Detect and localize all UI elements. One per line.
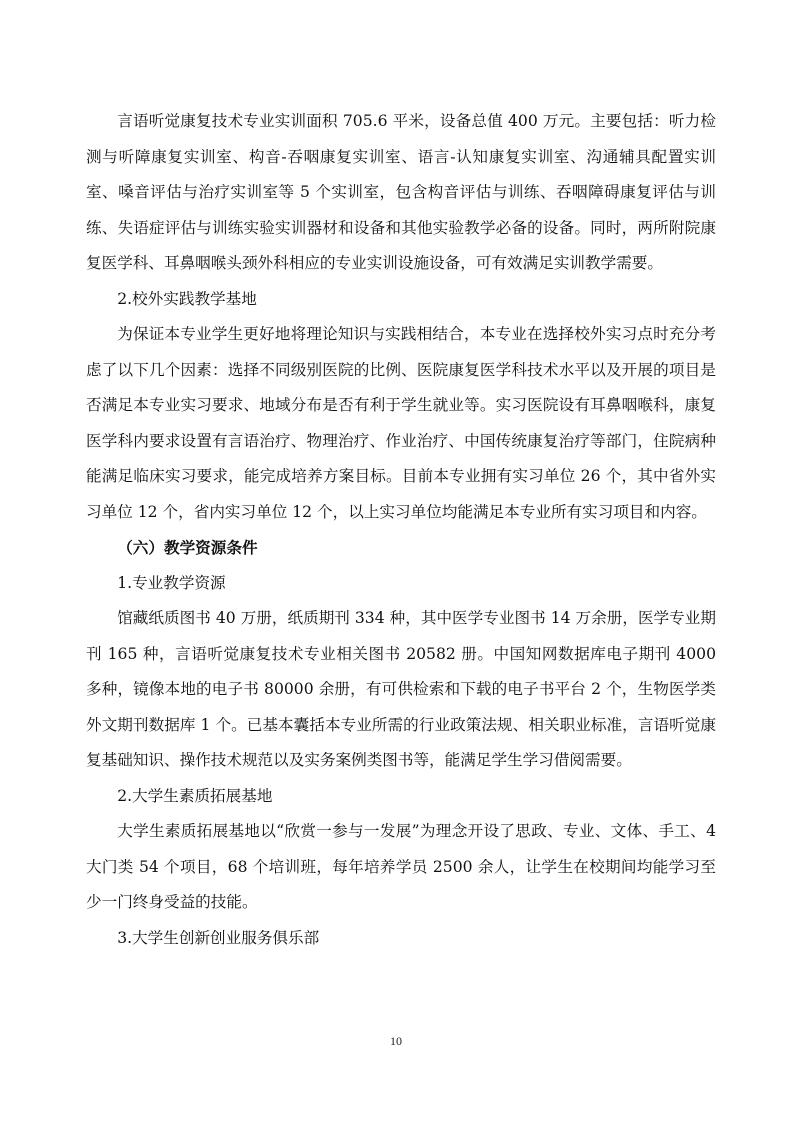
subheading-professional-resources: 1.专业教学资源 [86,566,716,602]
paragraph-training-facilities: 言语听觉康复技术专业实训面积 705.6 平米，设备总值 400 万元。主要包括… [86,104,716,282]
page-number: 10 [0,1034,792,1049]
document-page: 言语听觉康复技术专业实训面积 705.6 平米，设备总值 400 万元。主要包括… [86,104,716,956]
paragraph-library-resources: 馆藏纸质图书 40 万册，纸质期刊 334 种，其中医学专业图书 14 万余册，… [86,601,716,779]
heading-teaching-resources: （六）教学资源条件 [86,530,716,566]
paragraph-offcampus-base: 为保证本专业学生更好地将理论知识与实践相结合，本专业在选择校外实习点时充分考虑了… [86,317,716,530]
subheading-offcampus-base: 2.校外实践教学基地 [86,282,716,318]
subheading-quality-expansion-base: 2.大学生素质拓展基地 [86,779,716,815]
subheading-innovation-club: 3.大学生创新创业服务俱乐部 [86,921,716,957]
paragraph-quality-expansion-base: 大学生素质拓展基地以“欣赏一参与一发展”为理念开设了思政、专业、文体、手工、4 … [86,814,716,921]
